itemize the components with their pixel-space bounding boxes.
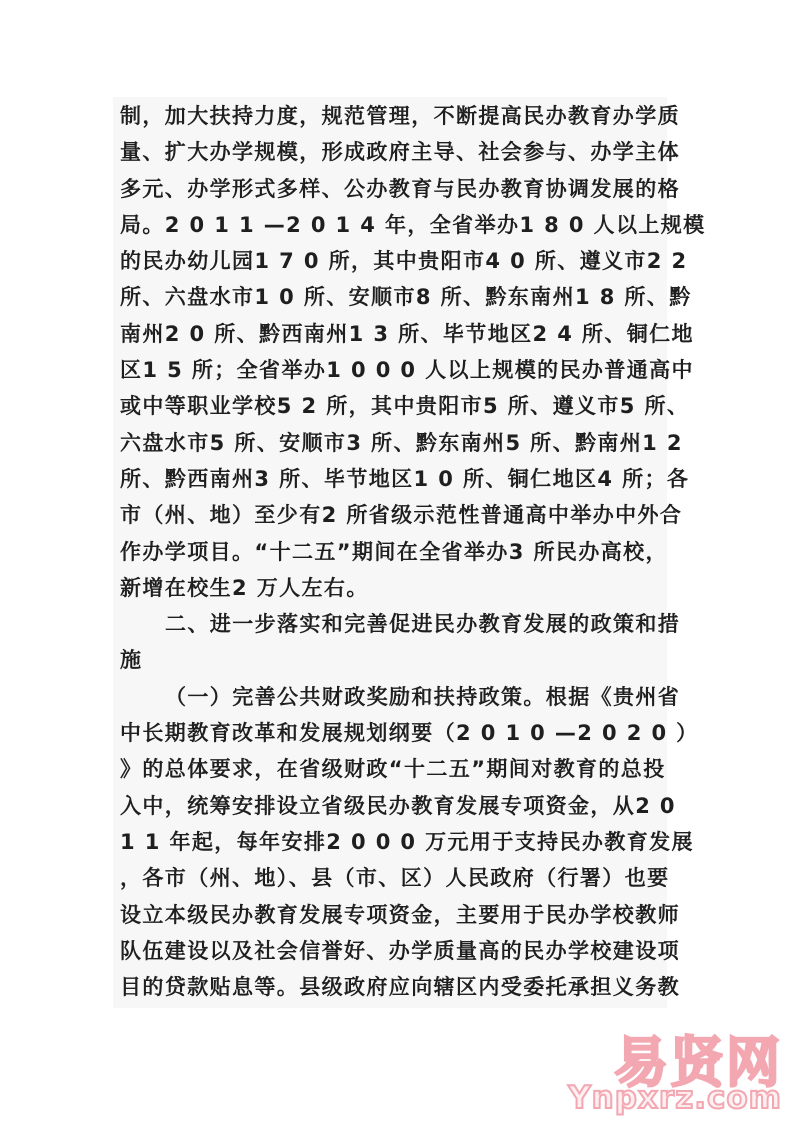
text-line: 二、进一步落实和完善促进民办教育发展的政策和措 <box>113 606 667 642</box>
watermark-site-url: Ynpxrz.com <box>568 1083 782 1114</box>
text-line: ，各市（州、地）、县（市、区）人民政府（行署）也要 <box>113 860 667 896</box>
watermark: 易贤网 Ynpxrz.com <box>568 1036 782 1114</box>
text-line: 或中等职业学校5 2 所，其中贵阳市5 所、遵义市5 所、 <box>113 388 667 424</box>
text-line: 作办学项目。“十二五”期间在全省举办3 所民办高校， <box>113 534 667 570</box>
text-line: 施 <box>113 642 667 678</box>
text-line: 区1 5 所；全省举办1 0 0 0 人以上规模的民办普通高中 <box>113 352 667 388</box>
text-line: 量、扩大办学规模，形成政府主导、社会参与、办学主体 <box>113 134 667 170</box>
text-line: 所、六盘水市1 0 所、安顺市8 所、黔东南州1 8 所、黔 <box>113 279 667 315</box>
text-line: 中长期教育改革和发展规划纲要（2 0 1 0 —2 0 2 0 ） <box>113 715 667 751</box>
text-line: 多元、办学形式多样、公办教育与民办教育协调发展的格 <box>113 171 667 207</box>
text-line: 南州2 0 所、黔西南州1 3 所、毕节地区2 4 所、铜仁地 <box>113 316 667 352</box>
document-page: 制，加大扶持力度，规范管理，不断提高民办教育办学质量、扩大办学规模，形成政府主导… <box>0 0 793 1122</box>
text-line: 》的总体要求，在省级财政“十二五”期间对教育的总投 <box>113 751 667 787</box>
text-line: 1 1 年起，每年安排2 0 0 0 万元用于支持民办教育发展 <box>113 824 667 860</box>
text-line: 所、黔西南州3 所、毕节地区1 0 所、铜仁地区4 所；各 <box>113 461 667 497</box>
text-line: 入中，统筹安排设立省级民办教育发展专项资金，从2 0 <box>113 788 667 824</box>
text-line: 目的贷款贴息等。县级政府应向辖区内受委托承担义务教 <box>113 969 667 1005</box>
text-line: 新增在校生2 万人左右。 <box>113 570 667 606</box>
document-text-block: 制，加大扶持力度，规范管理，不断提高民办教育办学质量、扩大办学规模，形成政府主导… <box>113 97 667 1008</box>
text-line: 六盘水市5 所、安顺市3 所、黔东南州5 所、黔南州1 2 <box>113 425 667 461</box>
text-line: 局。2 0 1 1 —2 0 1 4 年，全省举办1 8 0 人以上规模 <box>113 207 667 243</box>
text-line: （一）完善公共财政奖励和扶持政策。根据《贵州省 <box>113 679 667 715</box>
text-line: 的民办幼儿园1 7 0 所，其中贵阳市4 0 所、遵义市2 2 <box>113 243 667 279</box>
text-line: 市（州、地）至少有2 所省级示范性普通高中举办中外合 <box>113 497 667 533</box>
text-line: 队伍建设以及社会信誉好、办学质量高的民办学校建设项 <box>113 933 667 969</box>
text-line: 制，加大扶持力度，规范管理，不断提高民办教育办学质 <box>113 98 667 134</box>
text-line: 设立本级民办教育发展专项资金，主要用于民办学校教师 <box>113 897 667 933</box>
